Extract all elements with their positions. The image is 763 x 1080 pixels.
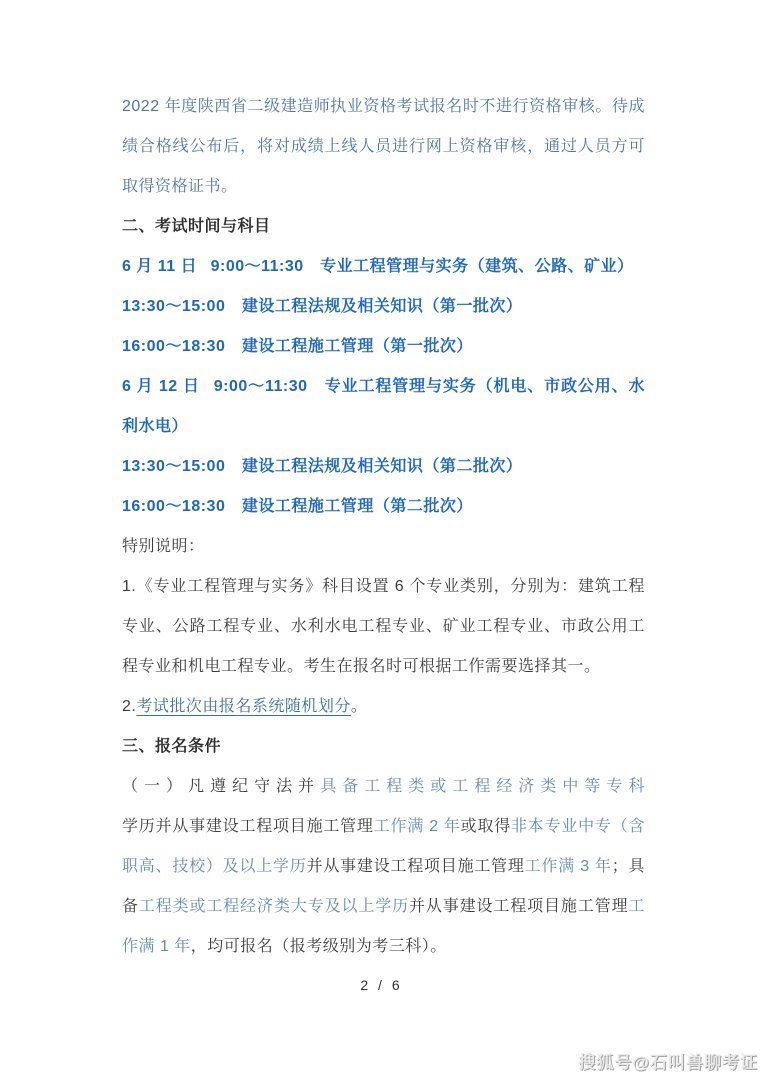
document-page: 2022 年度陕西省二级建造师执业资格考试报名时不进行资格审核。待成绩合格线公布…	[0, 0, 763, 1080]
block-body: 1.《专业工程管理与实务》科目设置 6 个专业类别，分别为：建筑工程专业、公路工…	[122, 567, 645, 687]
text-run: 16:00～18:30 建设工程施工管理（第二批次）	[122, 498, 473, 515]
text-run: 并从事建设工程项目施工管理	[307, 858, 525, 875]
text-line: 13:30～15:00 建设工程法规及相关知识（第一批次）	[122, 287, 645, 327]
block-schedule: 13:30～15:00 建设工程法规及相关知识（第一批次）	[122, 287, 645, 327]
text-run: 三、报名条件	[122, 738, 221, 755]
block-schedule: 16:00～18:30 建设工程施工管理（第二批次）	[122, 487, 645, 527]
text-line: 1.《专业工程管理与实务》科目设置 6 个专业类别，分别为：建筑工程	[122, 567, 645, 607]
text-run: 并从事建设工程项目施工管理	[409, 898, 628, 915]
text-run: 1.《专业工程管理与实务》科目设置 6 个专业类别，分别为：建筑工程	[122, 578, 645, 595]
block-body: 2.考试批次由报名系统随机划分。	[122, 687, 645, 727]
text-line: 三、报名条件	[122, 727, 645, 767]
text-run: 作满 1 年	[122, 938, 191, 955]
document-content: 2022 年度陕西省二级建造师执业资格考试报名时不进行资格审核。待成绩合格线公布…	[122, 87, 645, 967]
text-line: 13:30～15:00 建设工程法规及相关知识（第二批次）	[122, 447, 645, 487]
text-run: 绩合格线公布后，将对成绩上线人员进行网上资格审核，通过人员方可	[122, 138, 645, 155]
text-line: 2022 年度陕西省二级建造师执业资格考试报名时不进行资格审核。待成	[122, 87, 645, 127]
text-line: 特别说明：	[122, 527, 645, 567]
block-body: 特别说明：	[122, 527, 645, 567]
block-schedule: 6 月 12 日 9:00～11:30 专业工程管理与实务（机电、市政公用、水利…	[122, 367, 645, 447]
text-line: 2.考试批次由报名系统随机划分。	[122, 687, 645, 727]
text-run: 非本专业中专（含	[511, 818, 645, 835]
text-run: 工作满 2 年	[374, 818, 461, 835]
text-run: 学历并从事建设工程项目施工管理	[122, 818, 374, 835]
block-heading: 二、考试时间与科目	[122, 207, 645, 247]
text-line: 绩合格线公布后，将对成绩上线人员进行网上资格审核，通过人员方可	[122, 127, 645, 167]
text-line: 备工程类或工程经济类大专及以上学历并从事建设工程项目施工管理工	[122, 887, 645, 927]
text-line: 取得资格证书。	[122, 167, 645, 207]
text-run: 13:30～15:00 建设工程法规及相关知识（第二批次）	[122, 458, 522, 475]
text-line: 16:00～18:30 建设工程施工管理（第二批次）	[122, 487, 645, 527]
watermark-text: 搜狐号@石叫兽聊考证	[578, 1048, 758, 1073]
text-run: 2022 年度陕西省二级建造师执业资格考试报名时不进行资格审核。待成	[122, 98, 645, 115]
text-line: 作满 1 年，均可报名（报考级别为考三科）。	[122, 927, 645, 967]
link-exam-batch-assignment[interactable]: 考试批次由报名系统随机划分	[136, 698, 351, 715]
block-heading: 三、报名条件	[122, 727, 645, 767]
text-run: 2.	[122, 698, 136, 715]
text-run: 6 月 11 日 9:00～11:30 专业工程管理与实务（建筑、公路、矿业）	[122, 258, 634, 275]
text-run: 程专业和机电工程专业。考生在报名时可根据工作需要选择其一。	[122, 658, 601, 675]
text-run: 。	[351, 698, 368, 715]
text-run: 备	[122, 898, 139, 915]
text-run: ；具	[612, 858, 645, 875]
text-line: 16:00～18:30 建设工程施工管理（第一批次）	[122, 327, 645, 367]
text-run: 特别说明：	[122, 538, 205, 555]
text-line: 6 月 12 日 9:00～11:30 专业工程管理与实务（机电、市政公用、水	[122, 367, 645, 407]
text-run: 或取得	[461, 818, 511, 835]
text-run: 专业、公路工程专业、水利水电工程专业、矿业工程专业、市政公用工	[122, 618, 645, 635]
text-line: 程专业和机电工程专业。考生在报名时可根据工作需要选择其一。	[122, 647, 645, 687]
text-run: 工	[628, 898, 645, 915]
block-lead: 2022 年度陕西省二级建造师执业资格考试报名时不进行资格审核。待成绩合格线公布…	[122, 87, 645, 207]
text-run: 具备工程类或工程经济类中等专科	[320, 778, 645, 795]
text-line: 二、考试时间与科目	[122, 207, 645, 247]
text-line: 6 月 11 日 9:00～11:30 专业工程管理与实务（建筑、公路、矿业）	[122, 247, 645, 287]
text-run: 二、考试时间与科目	[122, 218, 271, 235]
text-line: 专业、公路工程专业、水利水电工程专业、矿业工程专业、市政公用工	[122, 607, 645, 647]
block-schedule: 13:30～15:00 建设工程法规及相关知识（第二批次）	[122, 447, 645, 487]
text-run: 取得资格证书。	[122, 178, 238, 195]
text-run: （一）凡遵纪守法并	[122, 778, 320, 795]
text-line: 职高、技校）及以上学历并从事建设工程项目施工管理工作满 3 年；具	[122, 847, 645, 887]
text-run: 16:00～18:30 建设工程施工管理（第一批次）	[122, 338, 473, 355]
text-line: （一）凡遵纪守法并具备工程类或工程经济类中等专科（含职高、技校）	[122, 767, 645, 807]
text-line: 学历并从事建设工程项目施工管理工作满 2 年或取得非本专业中专（含	[122, 807, 645, 847]
text-run: 职高、技校）及以上学历	[122, 858, 307, 875]
text-run: 利水电）	[122, 418, 188, 435]
text-run: ，均可报名（报考级别为考三科）。	[191, 938, 447, 955]
text-run: 工程类或工程经济类大专及以上学历	[139, 898, 409, 915]
text-run: 工作满 3 年	[525, 858, 612, 875]
block-schedule: 16:00～18:30 建设工程施工管理（第一批次）	[122, 327, 645, 367]
text-run: 13:30～15:00 建设工程法规及相关知识（第一批次）	[122, 298, 522, 315]
block-schedule: 6 月 11 日 9:00～11:30 专业工程管理与实务（建筑、公路、矿业）	[122, 247, 645, 287]
page-indicator: 2 / 6	[0, 971, 763, 999]
text-line: 利水电）	[122, 407, 645, 447]
block-body: （一）凡遵纪守法并具备工程类或工程经济类中等专科（含职高、技校）学历并从事建设工…	[122, 767, 645, 967]
text-run: 6 月 12 日 9:00～11:30 专业工程管理与实务（机电、市政公用、水	[122, 378, 645, 395]
